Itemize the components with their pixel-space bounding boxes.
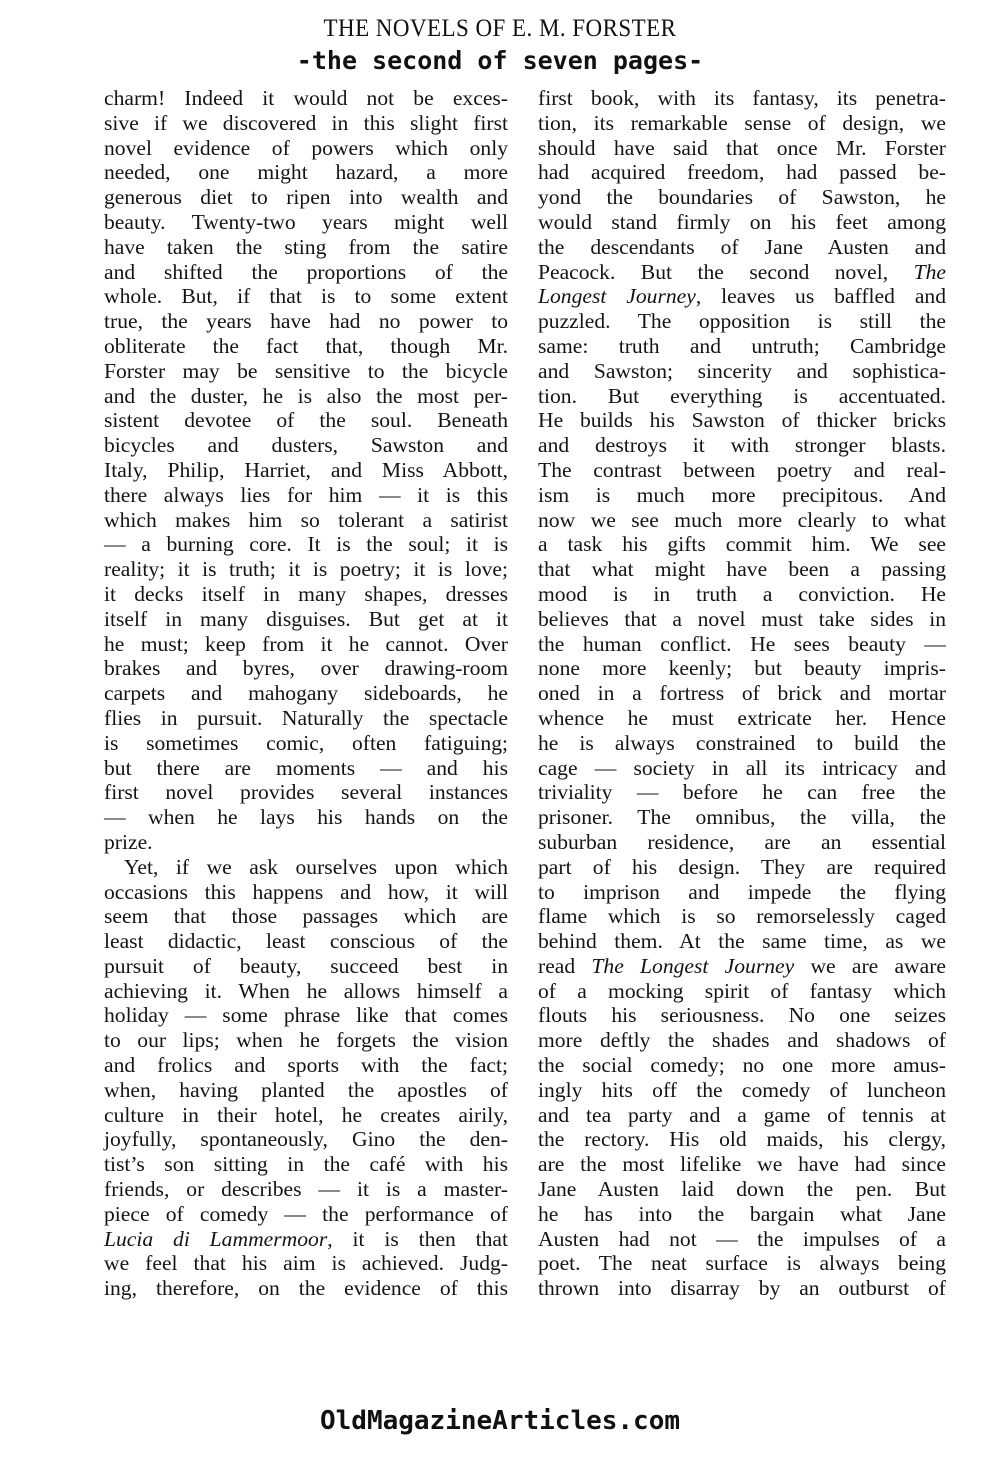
text-line: we feel that his aim is achieved. Judg- [104,1251,508,1276]
text-line: ingly hits off the comedy of luncheon [538,1078,946,1103]
line-text: ism is much more precipitous. And [538,483,946,507]
text-line: pursuit of beauty, succeed best in [104,954,508,979]
line-text: but there are moments — and his [104,756,508,780]
line-text: pursuit of beauty, succeed best in [104,954,508,978]
line-text: charm! Indeed it would not be exces- [104,86,508,110]
line-text: whole. But, if that is to some extent [104,284,508,308]
text-line: culture in their hotel, he creates airil… [104,1103,508,1128]
text-line: more deftly the shades and shadows of [538,1028,946,1053]
text-line: there always lies for him — it is this [104,483,508,508]
line-text: — when he lays his hands on the [104,805,508,829]
text-line: novel evidence of powers which only [104,136,508,161]
text-line: and shifted the proportions of the [104,260,508,285]
text-line: seem that those passages which are [104,904,508,929]
line-text: mood is in truth a conviction. He [538,582,946,606]
line-text: flouts his seriousness. No one seizes [538,1003,946,1027]
line-text: Austen had not — the impulses of a [538,1227,946,1251]
line-text: none more keenly; but beauty impris- [538,656,946,680]
line-text: are the most lifelike we have had since [538,1152,946,1176]
page-subtitle: -the second of seven pages- [0,45,1000,77]
text-line: flouts his seriousness. No one seizes [538,1003,946,1028]
text-line: thrown into disarray by an outburst of [538,1276,946,1301]
line-text: The contrast between poetry and real- [538,458,946,482]
text-line: of a mocking spirit of fantasy which [538,979,946,1004]
line-text: part of his design. They are required [538,855,946,879]
text-line: Lucia di Lammermoor, it is then that [104,1227,508,1252]
text-line: mood is in truth a conviction. He [538,582,946,607]
line-text: occasions this happens and how, it will [104,880,508,904]
line-text: itself in many disguises. But get at it [104,607,508,631]
italic-title: The Longest Journey [591,954,794,978]
text-line: have taken the sting from the satire [104,235,508,260]
line-text: Yet, if we ask ourselves upon which [124,855,508,879]
line-text: the human conflict. He sees beauty — [538,632,946,656]
line-text: and Sawston; sincerity and sophistica- [538,359,946,383]
line-text: read [538,954,591,978]
text-line: tion. But everything is accentuated. [538,384,946,409]
text-line: sistent devotee of the soul. Beneath [104,408,508,433]
text-line: to our lips; when he forgets the vision [104,1028,508,1053]
text-line: triviality — before he can free the [538,780,946,805]
line-text: yond the boundaries of Sawston, he [538,185,946,209]
line-text: triviality — before he can free the [538,780,946,804]
line-text: ing, therefore, on the evidence of this [104,1276,508,1300]
text-line: ing, therefore, on the evidence of this [104,1276,508,1301]
text-line: first novel provides several instances [104,780,508,805]
line-text: needed, one might hazard, a more [104,160,508,184]
line-text: brakes and byres, over drawing-room [104,656,508,680]
text-line: and Sawston; sincerity and sophistica- [538,359,946,384]
text-line: it decks itself in many shapes, dresses [104,582,508,607]
line-text: had acquired freedom, had passed be- [538,160,946,184]
text-line: itself in many disguises. But get at it [104,607,508,632]
text-line: whence he must extricate her. Hence [538,706,946,731]
line-text: it decks itself in many shapes, dresses [104,582,508,606]
line-text: have taken the sting from the satire [104,235,508,259]
line-text: obliterate the fact that, though Mr. [104,334,508,358]
text-line: needed, one might hazard, a more [104,160,508,185]
line-text: should have said that once Mr. Forster [538,136,946,160]
line-text: tist’s son sitting in the café with his [104,1152,508,1176]
text-line: tion, its remarkable sense of design, we [538,111,946,136]
line-text: now we see much more clearly to what [538,508,946,532]
italic-title: Longest Journey [538,284,696,308]
line-text: piece of comedy — the performance of [104,1202,508,1226]
text-line: to imprison and impede the flying [538,880,946,905]
line-text: to our lips; when he forgets the vision [104,1028,508,1052]
text-line: believes that a novel must take sides in [538,607,946,632]
text-line: whole. But, if that is to some extent [104,284,508,309]
line-text: and frolics and sports with the fact; [104,1053,508,1077]
text-line: Yet, if we ask ourselves upon which [104,855,508,880]
text-line: had acquired freedom, had passed be- [538,160,946,185]
line-text: prisoner. The omnibus, the villa, the [538,805,946,829]
line-text: a task his gifts commit him. We see [538,532,946,556]
text-line: the human conflict. He sees beauty — [538,632,946,657]
line-text: suburban residence, are an essential [538,830,946,854]
text-line: flies in pursuit. Naturally the spectacl… [104,706,508,731]
line-text: we are aware [794,954,946,978]
line-text: achieving it. When he allows himself a [104,979,508,1003]
text-line: least didactic, least conscious of the [104,929,508,954]
line-text: tion, its remarkable sense of design, we [538,111,946,135]
line-text: when, having planted the apostles of [104,1078,508,1102]
line-text: he must; keep from it he cannot. Over [104,632,508,656]
line-text: thrown into disarray by an outburst of [538,1276,946,1300]
text-line: true, the years have had no power to [104,309,508,334]
text-line: joyfully, spontaneously, Gino the den- [104,1127,508,1152]
text-line: oned in a fortress of brick and mortar [538,681,946,706]
line-text: would stand firmly on his feet among [538,210,946,234]
text-line: the social comedy; no one more amus- [538,1053,946,1078]
line-text: behind them. At the same time, as we [538,929,946,953]
line-text: holiday — some phrase like that comes [104,1003,508,1027]
line-text: Jane Austen laid down the pen. But [538,1177,946,1201]
line-text: the descendants of Jane Austen and [538,235,946,259]
text-line: yond the boundaries of Sawston, he [538,185,946,210]
text-line: and destroys it with stronger blasts. [538,433,946,458]
text-line: achieving it. When he allows himself a [104,979,508,1004]
text-line: Peacock. But the second novel, The [538,260,946,285]
text-line: now we see much more clearly to what [538,508,946,533]
line-text: novel evidence of powers which only [104,136,508,160]
text-line: a task his gifts commit him. We see [538,532,946,557]
line-text: poet. The neat surface is always being [538,1251,946,1275]
line-text: tion. But everything is accentuated. [538,384,946,408]
line-text: carpets and mahogany sideboards, he [104,681,508,705]
line-text: Peacock. But the second novel, [538,260,914,284]
text-line: prize. [104,830,508,855]
line-text: true, the years have had no power to [104,309,508,333]
line-text: he is always constrained to build the [538,731,946,755]
line-text: we feel that his aim is achieved. Judg- [104,1251,508,1275]
line-text: ingly hits off the comedy of luncheon [538,1078,946,1102]
line-text: and tea party and a game of tennis at [538,1103,946,1127]
text-line: which makes him so tolerant a satirist [104,508,508,533]
line-text: is sometimes comic, often fatiguing; [104,731,508,755]
text-line: read The Longest Journey we are aware [538,954,946,979]
line-text: prize. [104,830,153,854]
text-line: occasions this happens and how, it will [104,880,508,905]
line-text: he has into the bargain what Jane [538,1202,946,1226]
line-text: flies in pursuit. Naturally the spectacl… [104,706,508,730]
text-line: ism is much more precipitous. And [538,483,946,508]
line-text: of a mocking spirit of fantasy which [538,979,946,1003]
line-text: Forster may be sensitive to the bicycle [104,359,508,383]
text-line: that what might have been a passing [538,557,946,582]
line-text: and shifted the proportions of the [104,260,508,284]
line-text: sive if we discovered in this slight fir… [104,111,508,135]
text-line: charm! Indeed it would not be exces- [104,86,508,111]
line-text: reality; it is truth; it is poetry; it i… [104,557,508,581]
text-line: he must; keep from it he cannot. Over [104,632,508,657]
line-text: that what might have been a passing [538,557,946,581]
text-line: and frolics and sports with the fact; [104,1053,508,1078]
article-column-left: charm! Indeed it would not be exces-sive… [104,86,508,1301]
line-text: and destroys it with stronger blasts. [538,433,946,457]
text-line: the rectory. His old maids, his clergy, [538,1127,946,1152]
text-line: he is always constrained to build the [538,731,946,756]
text-line: Forster may be sensitive to the bicycle [104,359,508,384]
text-line: carpets and mahogany sideboards, he [104,681,508,706]
line-text: more deftly the shades and shadows of [538,1028,946,1052]
line-text: generous diet to ripen into wealth and [104,185,508,209]
text-line: when, having planted the apostles of [104,1078,508,1103]
line-text: oned in a fortress of brick and mortar [538,681,946,705]
line-text: cage — society in all its intricacy and [538,756,946,780]
text-line: beauty. Twenty-two years might well [104,210,508,235]
line-text: to imprison and impede the flying [538,880,946,904]
line-text: culture in their hotel, he creates airil… [104,1103,508,1127]
text-line: but there are moments — and his [104,756,508,781]
text-line: first book, with its fantasy, its penetr… [538,86,946,111]
text-line: behind them. At the same time, as we [538,929,946,954]
text-line: same: truth and untruth; Cambridge [538,334,946,359]
text-line: Italy, Philip, Harriet, and Miss Abbott, [104,458,508,483]
text-line: and tea party and a game of tennis at [538,1103,946,1128]
text-line: puzzled. The opposition is still the [538,309,946,334]
article-column-right: first book, with its fantasy, its penetr… [538,86,946,1301]
line-text: same: truth and untruth; Cambridge [538,334,946,358]
line-text: seem that those passages which are [104,904,508,928]
line-text: first book, with its fantasy, its penetr… [538,86,946,110]
text-line: and the duster, he is also the most per- [104,384,508,409]
text-line: bicycles and dusters, Sawston and [104,433,508,458]
site-watermark: OldMagazineArticles.com [0,1404,1000,1438]
text-line: none more keenly; but beauty impris- [538,656,946,681]
text-line: prisoner. The omnibus, the villa, the [538,805,946,830]
text-line: cage — society in all its intricacy and [538,756,946,781]
text-line: sive if we discovered in this slight fir… [104,111,508,136]
line-text: least didactic, least conscious of the [104,929,508,953]
text-line: friends, or describes — it is a master- [104,1177,508,1202]
text-line: generous diet to ripen into wealth and [104,185,508,210]
text-line: reality; it is truth; it is poetry; it i… [104,557,508,582]
text-line: Longest Journey, leaves us baffled and [538,284,946,309]
italic-title: The [914,260,946,284]
line-text: sistent devotee of the soul. Beneath [104,408,508,432]
line-text: Italy, Philip, Harriet, and Miss Abbott, [104,458,508,482]
text-line: brakes and byres, over drawing-room [104,656,508,681]
text-line: flame which is so remorselessly caged [538,904,946,929]
text-line: would stand firmly on his feet among [538,210,946,235]
line-text: there always lies for him — it is this [104,483,508,507]
line-text: the social comedy; no one more amus- [538,1053,946,1077]
line-text: — a burning core. It is the soul; it is [104,532,508,556]
line-text: which makes him so tolerant a satirist [104,508,508,532]
line-text: flame which is so remorselessly caged [538,904,946,928]
text-line: part of his design. They are required [538,855,946,880]
line-text: , it is then that [327,1227,508,1251]
italic-title: Lucia di Lammermoor [104,1227,327,1251]
text-line: — when he lays his hands on the [104,805,508,830]
text-line: Jane Austen laid down the pen. But [538,1177,946,1202]
line-text: whence he must extricate her. Hence [538,706,946,730]
line-text: and the duster, he is also the most per- [104,384,508,408]
line-text: puzzled. The opposition is still the [538,309,946,333]
text-line: poet. The neat surface is always being [538,1251,946,1276]
line-text: bicycles and dusters, Sawston and [104,433,508,457]
line-text: , leaves us baffled and [696,284,946,308]
text-line: tist’s son sitting in the café with his [104,1152,508,1177]
text-line: The contrast between poetry and real- [538,458,946,483]
text-line: is sometimes comic, often fatiguing; [104,731,508,756]
line-text: the rectory. His old maids, his clergy, [538,1127,946,1151]
text-line: the descendants of Jane Austen and [538,235,946,260]
text-line: he has into the bargain what Jane [538,1202,946,1227]
text-line: are the most lifelike we have had since [538,1152,946,1177]
text-line: should have said that once Mr. Forster [538,136,946,161]
line-text: friends, or describes — it is a master- [104,1177,508,1201]
line-text: beauty. Twenty-two years might well [104,210,508,234]
text-line: Austen had not — the impulses of a [538,1227,946,1252]
line-text: first novel provides several instances [104,780,508,804]
text-line: suburban residence, are an essential [538,830,946,855]
text-line: piece of comedy — the performance of [104,1202,508,1227]
line-text: He builds his Sawston of thicker bricks [538,408,946,432]
line-text: joyfully, spontaneously, Gino the den- [104,1127,508,1151]
text-line: — a burning core. It is the soul; it is [104,532,508,557]
text-line: obliterate the fact that, though Mr. [104,334,508,359]
line-text: believes that a novel must take sides in [538,607,946,631]
text-line: holiday — some phrase like that comes [104,1003,508,1028]
page-title: THE NOVELS OF E. M. FORSTER [40,14,960,44]
text-line: He builds his Sawston of thicker bricks [538,408,946,433]
